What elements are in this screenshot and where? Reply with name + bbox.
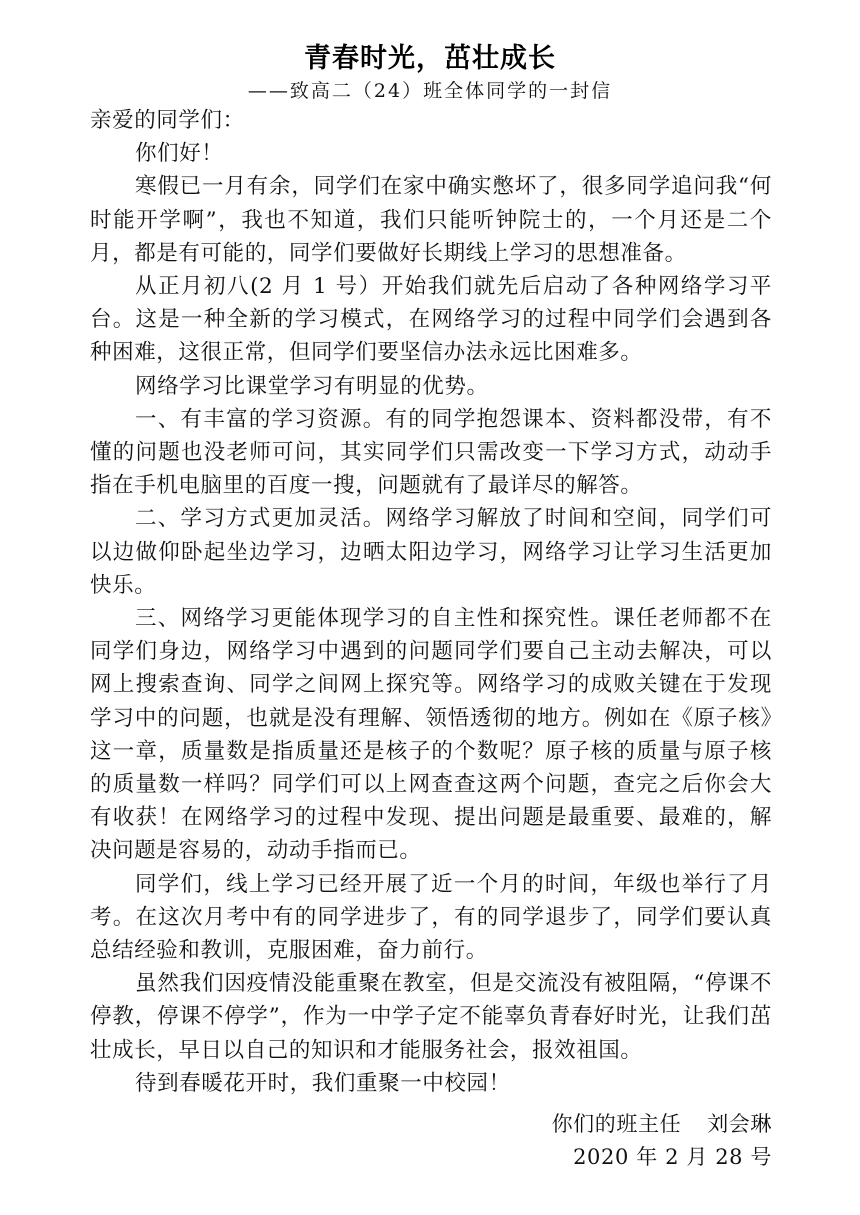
paragraph: 待到春暖花开时，我们重聚一中校园！: [90, 1067, 772, 1100]
signature-line: 你们的班主任刘会琳: [552, 1108, 772, 1141]
signature-block: 你们的班主任刘会琳 2020 年 2 月 28 号: [552, 1108, 772, 1174]
paragraph: 二、学习方式更加灵活。网络学习解放了时间和空间，同学们可以边做仰卧起坐边学习，边…: [90, 502, 772, 602]
paragraph: 虽然我们因疫情没能重聚在教室，但是交流没有被阻隔，“停课不停教，停课不停学”，作…: [90, 967, 772, 1067]
paragraph: 一、有丰富的学习资源。有的同学抱怨课本、资料都没带，有不懂的问题也没老师可问，其…: [90, 403, 772, 503]
paragraph: 寒假已一月有余，同学们在家中确实憋坏了，很多同学追问我“何时能开学啊”，我也不知…: [90, 170, 772, 270]
signature-role: 你们的班主任: [552, 1112, 682, 1136]
greeting: 你们好！: [90, 137, 772, 170]
paragraph: 同学们，线上学习已经开展了近一个月的时间，年级也举行了月考。在这次月考中有的同学…: [90, 868, 772, 968]
letter-page: 青春时光，茁壮成长 ——致高二（24）班全体同学的一封信 亲爱的同学们： 你们好…: [0, 0, 860, 1215]
signature-date: 2020 年 2 月 28 号: [552, 1141, 772, 1174]
salutation: 亲爱的同学们：: [90, 104, 772, 137]
letter-body: 亲爱的同学们： 你们好！ 寒假已一月有余，同学们在家中确实憋坏了，很多同学追问我…: [90, 104, 772, 1100]
paragraph: 从正月初八(2 月 1 号）开始我们就先后启动了各种网络学习平台。这是一种全新的…: [90, 270, 772, 370]
letter-title: 青春时光，茁壮成长: [0, 36, 860, 75]
signature-name: 刘会琳: [707, 1112, 772, 1136]
letter-subtitle: ——致高二（24）班全体同学的一封信: [0, 76, 860, 103]
paragraph: 三、网络学习更能体现学习的自主性和探究性。课任老师都不在同学们身边，网络学习中遇…: [90, 602, 772, 868]
paragraph: 网络学习比课堂学习有明显的优势。: [90, 370, 772, 403]
